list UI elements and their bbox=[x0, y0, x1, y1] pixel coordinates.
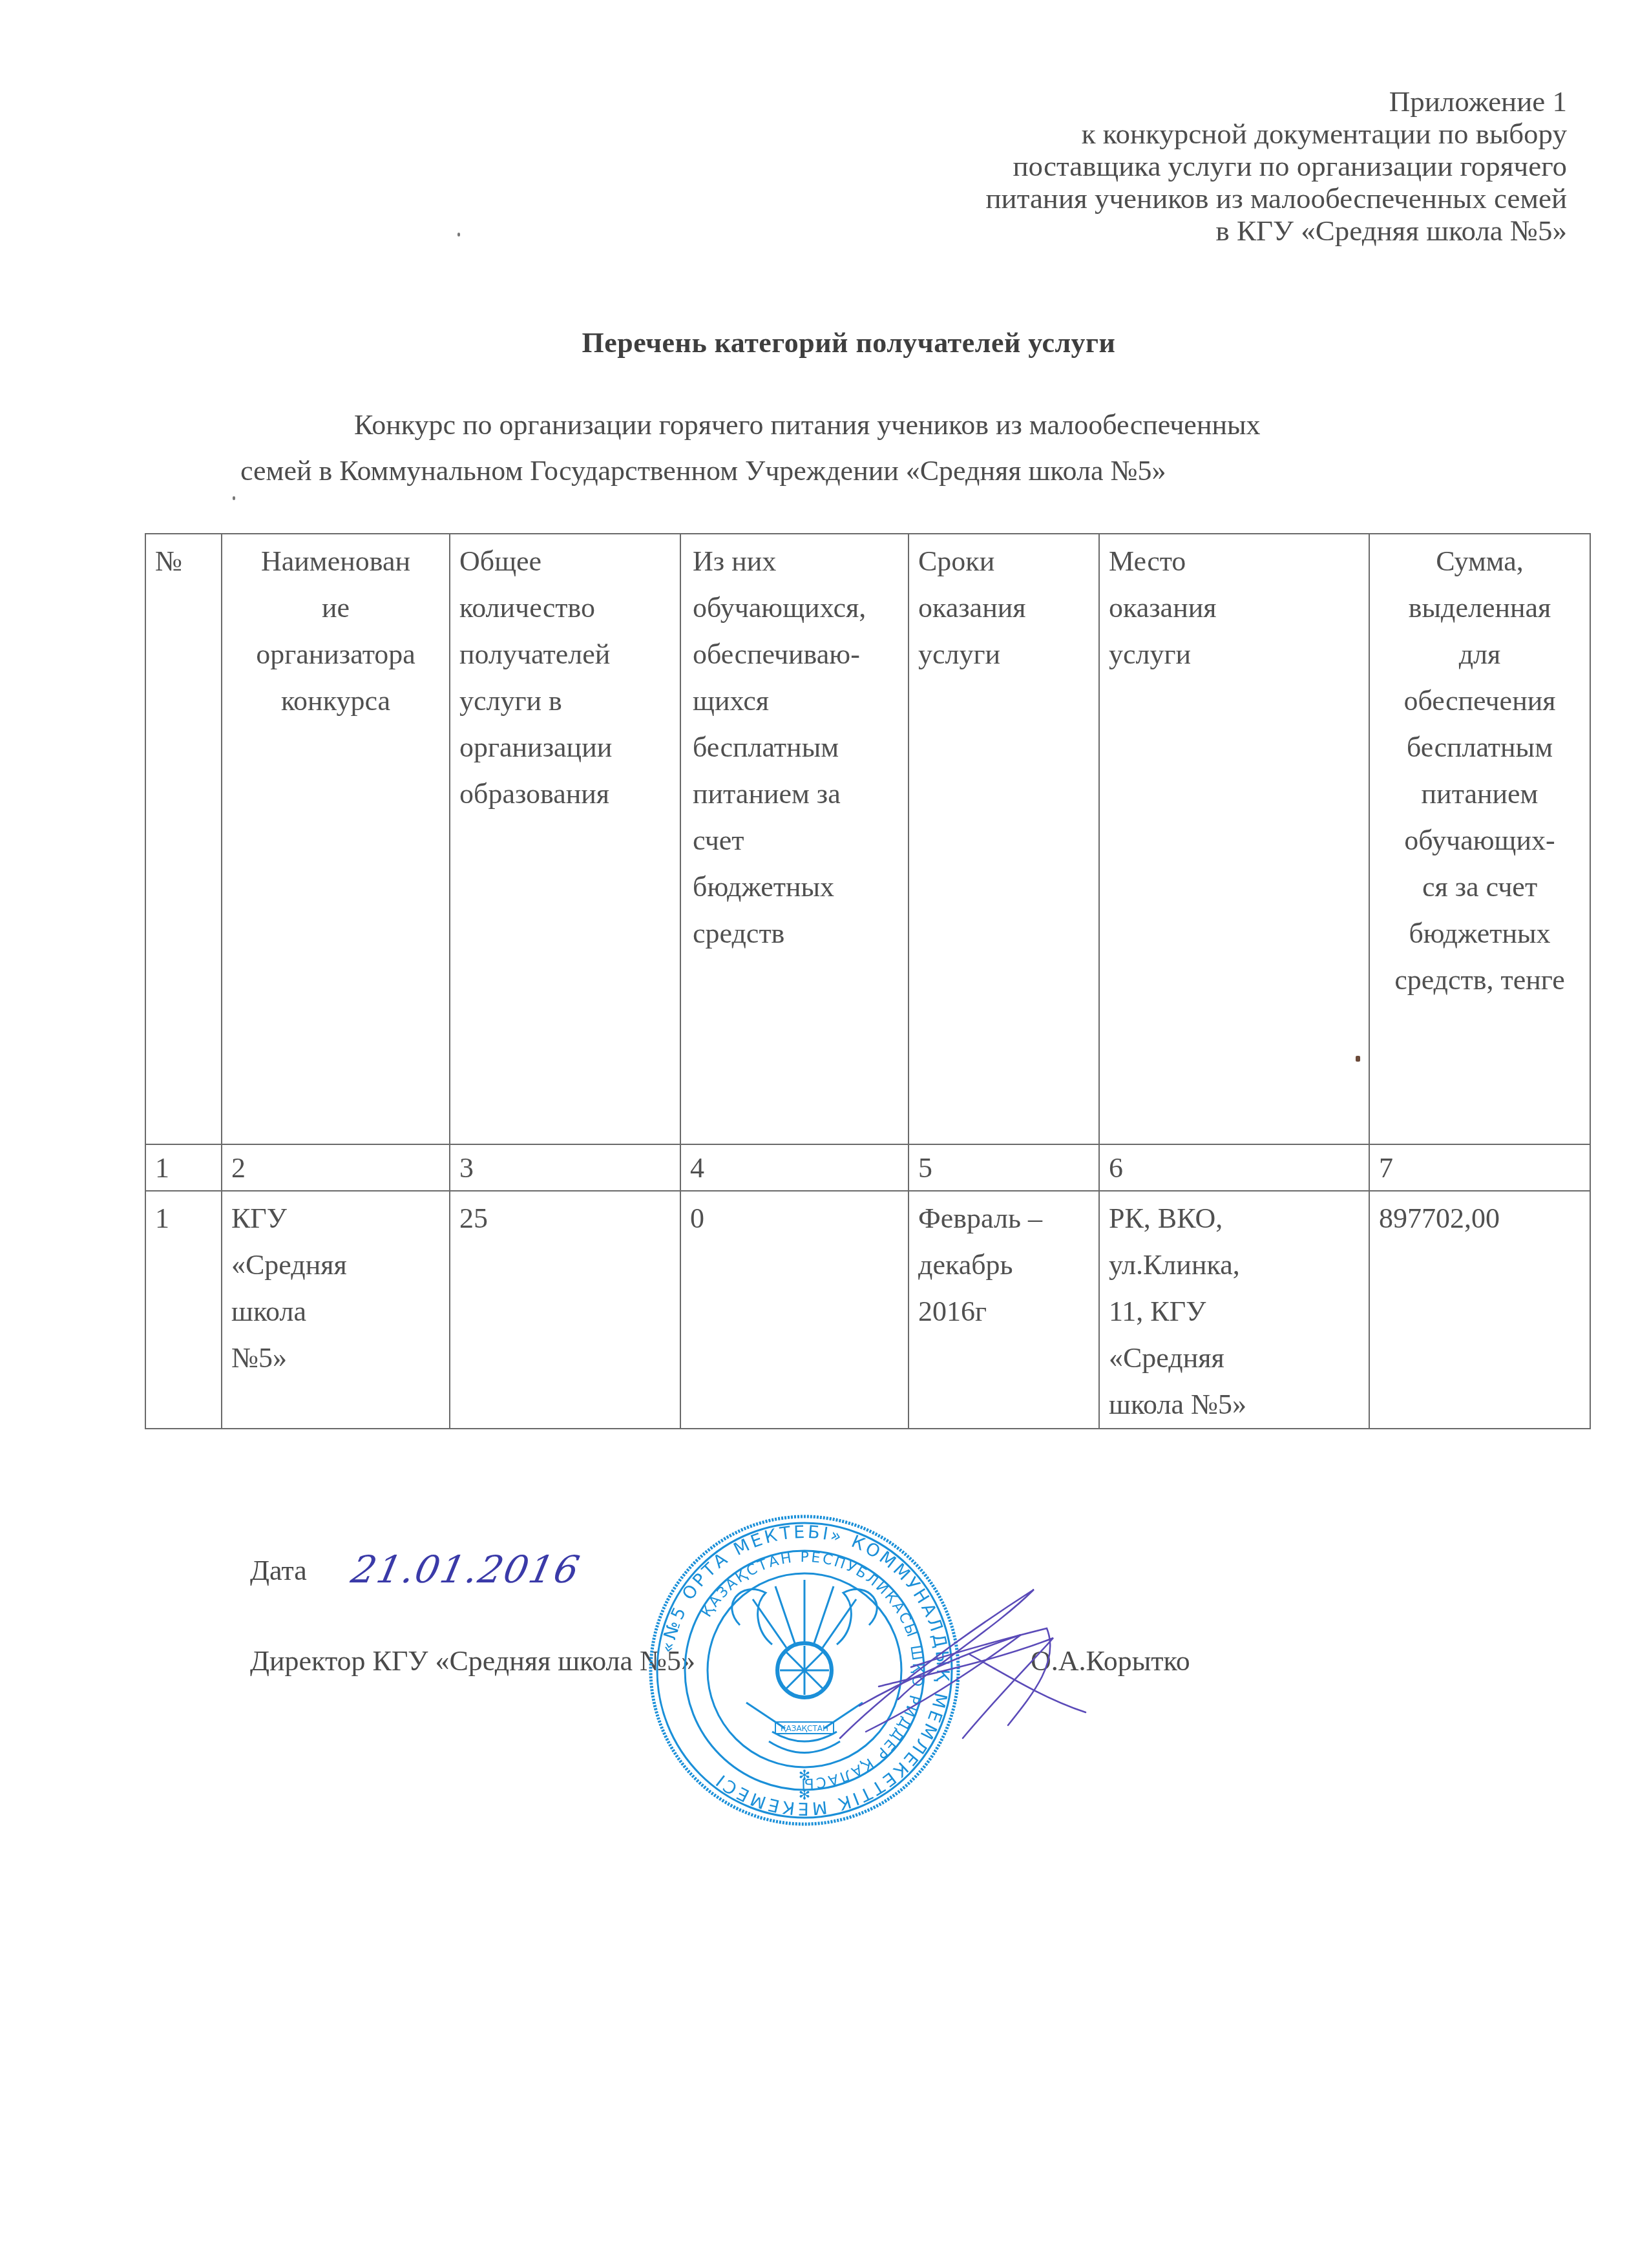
header-cell-amount: Сумма, выделенная для обеспечения беспла… bbox=[1369, 534, 1590, 1144]
recipients-table: № Наименован ие организатора конкурса Об… bbox=[145, 533, 1591, 1429]
column-number: 5 bbox=[909, 1144, 1099, 1191]
table-row: 1 КГУ «Средняя школа №5» 25 0 Февраль – … bbox=[145, 1191, 1590, 1429]
svg-text:✻: ✻ bbox=[799, 1787, 810, 1803]
svg-text:✻: ✻ bbox=[799, 1768, 810, 1784]
header-cell-budget-funded: Из них обучающихся, обеспечиваю- щихся б… bbox=[680, 534, 909, 1144]
header-cell-period: Сроки оказания услуги bbox=[909, 534, 1099, 1144]
handwritten-date: 21.01.2016 bbox=[348, 1548, 585, 1591]
subtitle-line: семей в Коммунальном Государственном Учр… bbox=[240, 454, 1166, 487]
appendix-line: в КГУ «Средняя школа №5» bbox=[986, 215, 1568, 247]
header-cell-total-recipients: Общее количество получателей услуги в ор… bbox=[450, 534, 680, 1144]
table-header-row: № Наименован ие организатора конкурса Об… bbox=[145, 534, 1590, 1144]
cell-budget-funded: 0 bbox=[680, 1191, 909, 1429]
header-cell-organizer: Наименован ие организатора конкурса bbox=[222, 534, 450, 1144]
page-title: Перечень категорий получателей услуги bbox=[0, 326, 1649, 359]
cell-total-recipients: 25 bbox=[450, 1191, 680, 1429]
header-cell-number: № bbox=[145, 534, 222, 1144]
column-number: 3 bbox=[450, 1144, 680, 1191]
cell-organizer: КГУ «Средняя школа №5» bbox=[222, 1191, 450, 1429]
column-number: 4 bbox=[680, 1144, 909, 1191]
cell-amount: 897702,00 bbox=[1369, 1191, 1590, 1429]
appendix-line: питания учеников из малообеспеченных сем… bbox=[986, 182, 1568, 215]
scan-speck bbox=[457, 233, 460, 236]
appendix-header: Приложение 1 к конкурсной документации п… bbox=[986, 85, 1568, 247]
cell-period: Февраль – декабрь 2016г bbox=[909, 1191, 1099, 1429]
scan-speck bbox=[233, 496, 235, 500]
header-cell-location: Место оказания услуги bbox=[1099, 534, 1369, 1144]
appendix-line: к конкурсной документации по выбору bbox=[986, 118, 1568, 150]
cell-location: РК, ВКО, ул.Клинка, 11, КГУ «Средняя шко… bbox=[1099, 1191, 1369, 1429]
signature-icon bbox=[801, 1577, 1098, 1758]
column-number: 1 bbox=[145, 1144, 222, 1191]
subtitle-line: Конкурс по организации горячего питания … bbox=[354, 408, 1261, 441]
column-number: 2 bbox=[222, 1144, 450, 1191]
column-number-row: 1 2 3 4 5 6 7 bbox=[145, 1144, 1590, 1191]
column-number: 6 bbox=[1099, 1144, 1369, 1191]
date-label: Дата bbox=[250, 1554, 307, 1587]
director-label: Директор КГУ «Средняя школа №5» bbox=[250, 1644, 695, 1677]
cell-number: 1 bbox=[145, 1191, 222, 1429]
appendix-line: поставщика услуги по организации горячег… bbox=[986, 150, 1568, 182]
column-number: 7 bbox=[1369, 1144, 1590, 1191]
appendix-line: Приложение 1 bbox=[986, 85, 1568, 118]
